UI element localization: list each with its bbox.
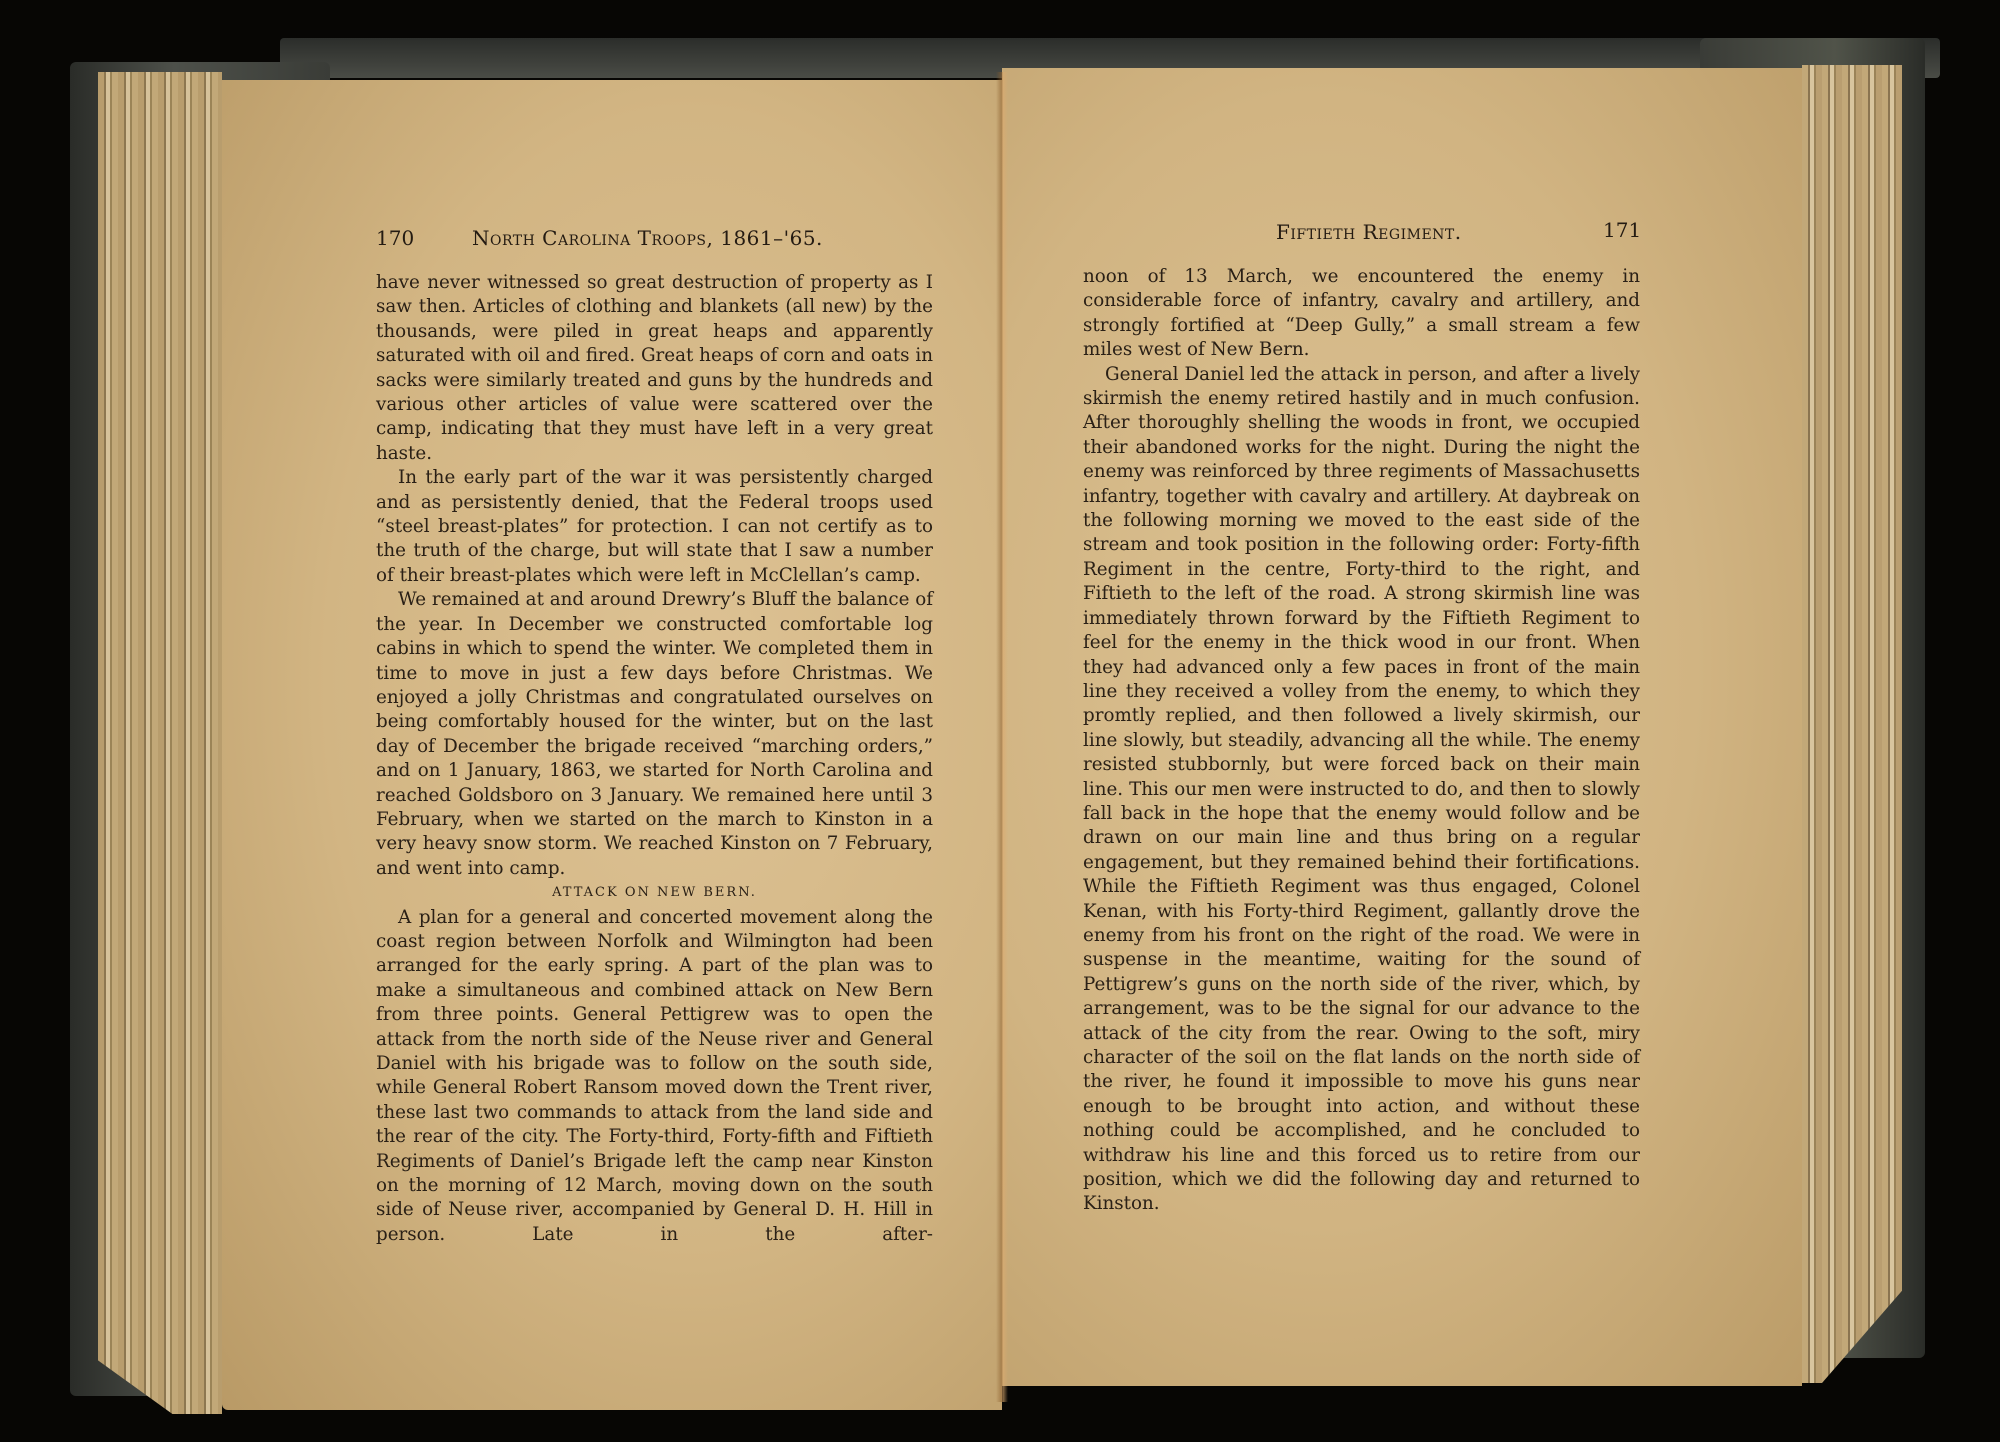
page-edges-left xyxy=(98,72,222,1414)
section-heading: ATTACK ON NEW BERN. xyxy=(376,881,933,905)
paragraph: We remained at and around Drewry’s Bluff… xyxy=(376,588,933,881)
paragraph: have never witnessed so great destructio… xyxy=(376,271,933,466)
left-page-number: 170 xyxy=(376,226,414,250)
paragraph: noon of 13 March, we encountered the ene… xyxy=(1083,265,1640,363)
page-edges-right xyxy=(1802,65,1902,1383)
paragraph: General Daniel led the attack in person,… xyxy=(1083,363,1640,1217)
paragraph: In the early part of the war it was pers… xyxy=(376,466,933,588)
right-page-text: noon of 13 March, we encountered the ene… xyxy=(1083,265,1640,1217)
gutter xyxy=(996,72,1008,1402)
right-page-number: 171 xyxy=(1603,218,1641,242)
left-page-text: have never witnessed so great destructio… xyxy=(376,271,933,1247)
paragraph: A plan for a general and concerted movem… xyxy=(376,906,933,1248)
right-running-head: Fiftieth Regiment. xyxy=(1276,220,1462,244)
left-running-head: North Carolina Troops, 1861–'65. xyxy=(472,226,823,250)
